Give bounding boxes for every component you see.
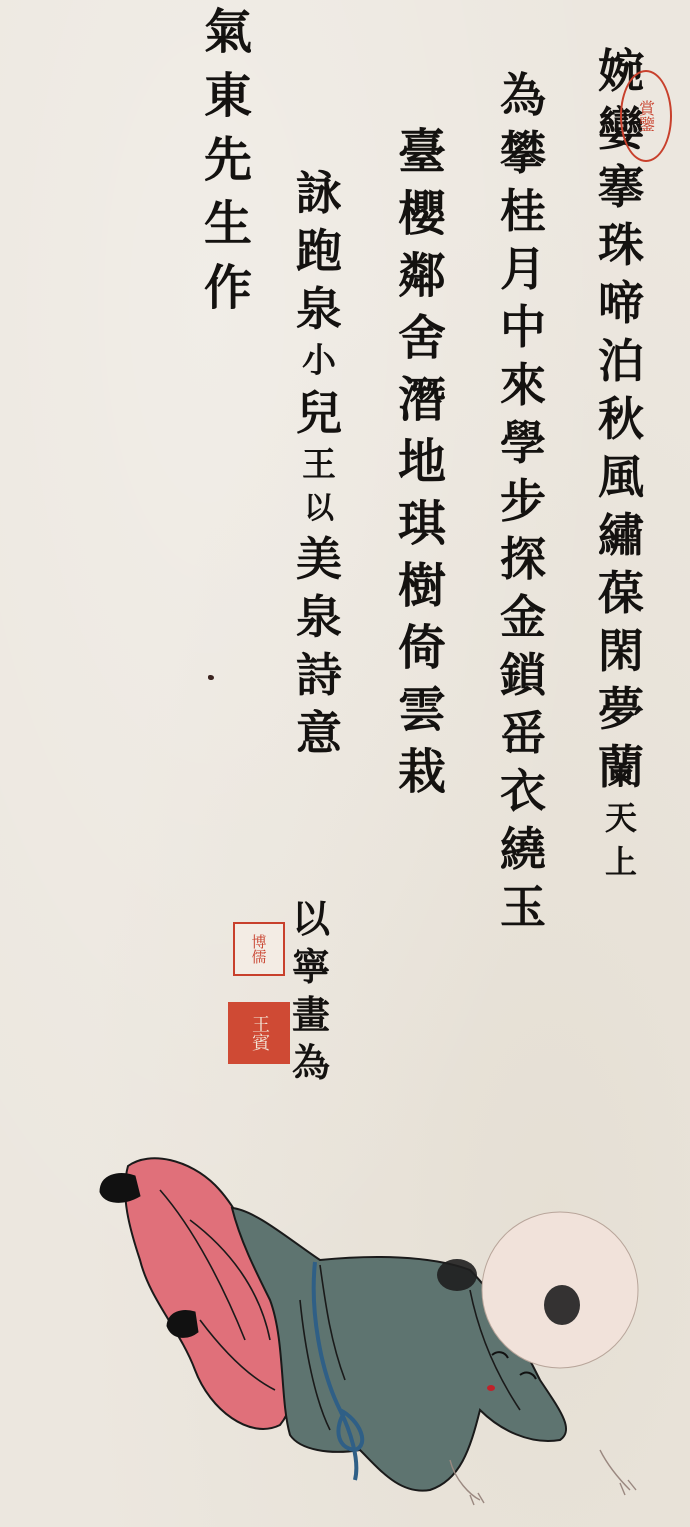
shoe-upper bbox=[100, 1174, 140, 1203]
crawling-child-figure bbox=[0, 0, 690, 1527]
hair-tuft-right bbox=[544, 1285, 580, 1325]
painting: 婉 孌 搴 珠 啼 泊 秋 風 繡 葆 閑 夢 蘭 天 上 為 攀 桂 月 中 … bbox=[0, 0, 690, 1527]
child-mouth bbox=[487, 1385, 495, 1391]
hair-tuft-left bbox=[437, 1259, 477, 1291]
child-hand-right bbox=[600, 1450, 636, 1495]
